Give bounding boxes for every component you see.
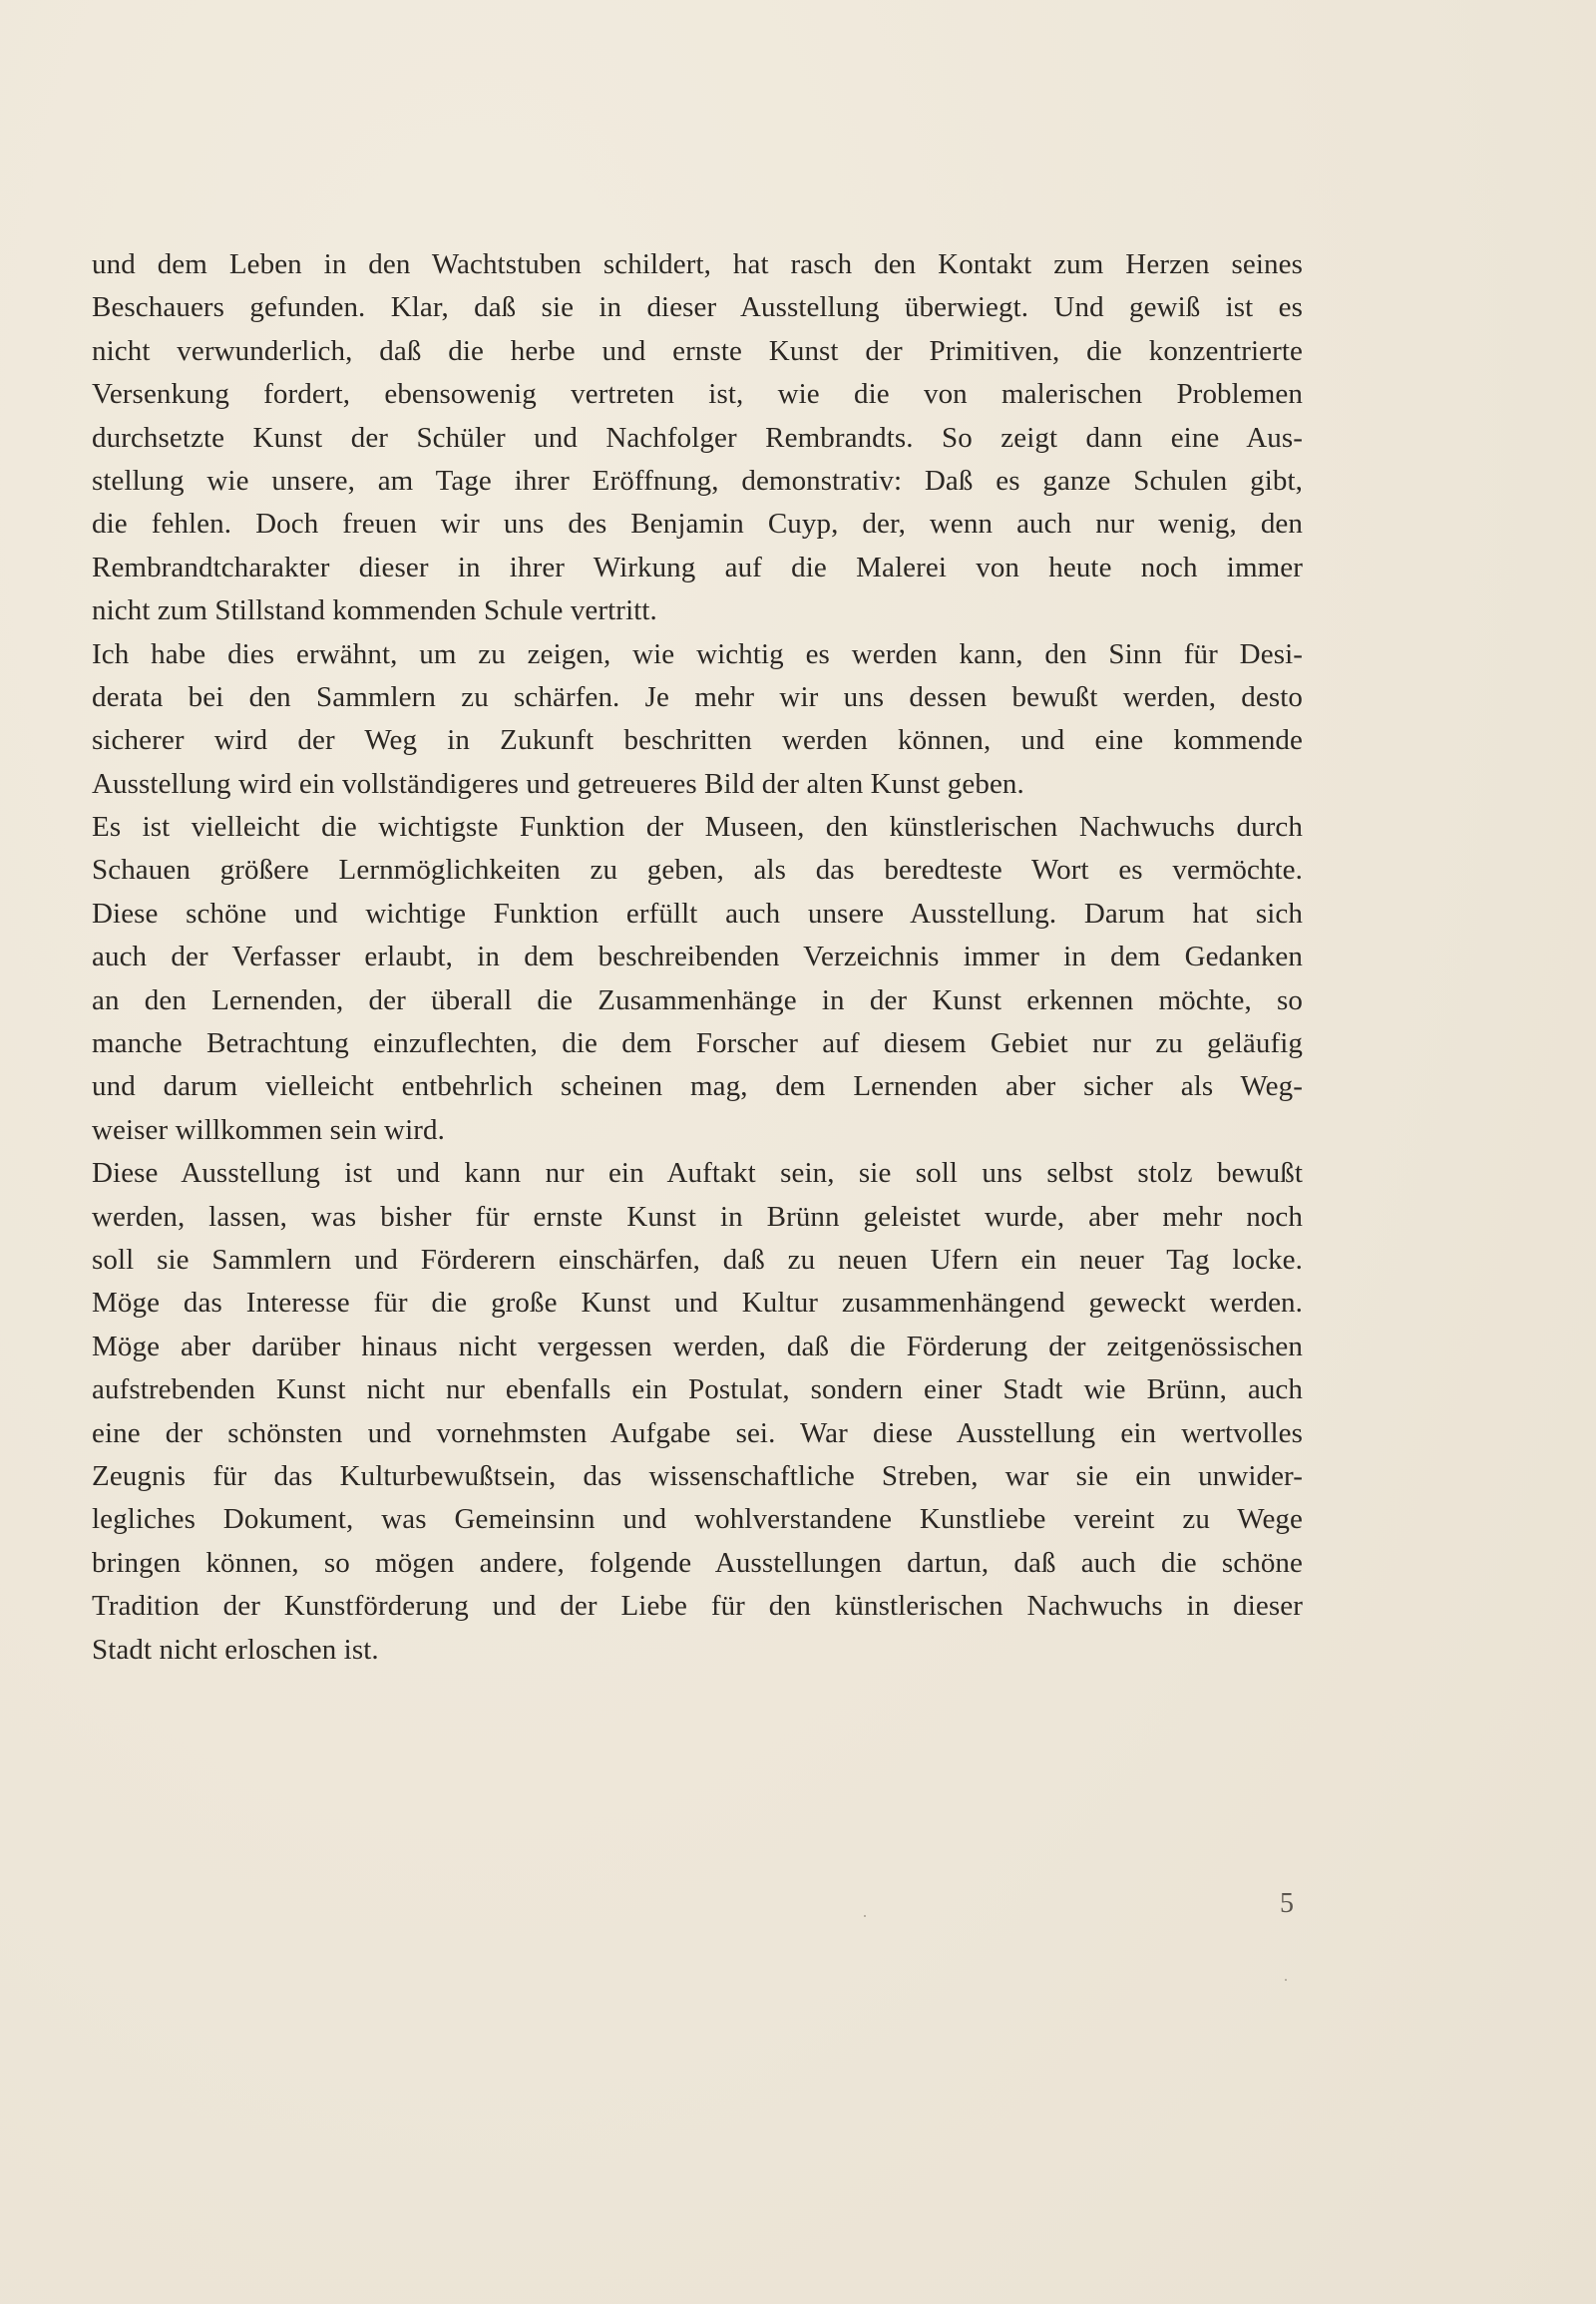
text-line: Möge aber darüber hinaus nicht vergessen…: [92, 1326, 1303, 1368]
text-line: stellung wie unsere, am Tage ihrer Eröff…: [92, 460, 1303, 503]
text-line: weiser willkommen sein wird.: [92, 1109, 1303, 1152]
text-line: Möge das Interesse für die große Kunst u…: [92, 1282, 1303, 1325]
text-line: Diese schöne und wichtige Funktion erfül…: [92, 893, 1303, 936]
paragraph-1: und dem Leben in den Wachtstuben schilde…: [92, 243, 1303, 633]
text-line: die fehlen. Doch freuen wir uns des Benj…: [92, 503, 1303, 546]
text-line: auch der Verfasser erlaubt, in dem besch…: [92, 936, 1303, 978]
paper-speck: [864, 1915, 866, 1917]
text-line: bringen können, so mögen andere, folgend…: [92, 1542, 1303, 1585]
text-line: Es ist vielleicht die wichtigste Funktio…: [92, 806, 1303, 849]
text-line: soll sie Sammlern und Förderern einschär…: [92, 1239, 1303, 1282]
text-line: Ich habe dies erwähnt, um zu zeigen, wie…: [92, 633, 1303, 676]
body-text: und dem Leben in den Wachtstuben schilde…: [92, 243, 1303, 1672]
page-number: 5: [1280, 1888, 1294, 1920]
text-line: nicht zum Stillstand kommenden Schule ve…: [92, 589, 1303, 632]
text-line: und darum vielleicht entbehrlich scheine…: [92, 1065, 1303, 1108]
text-line: Stadt nicht erloschen ist.: [92, 1629, 1303, 1672]
text-line: Rembrandtcharakter dieser in ihrer Wirku…: [92, 547, 1303, 589]
text-line: Diese Ausstellung ist und kann nur ein A…: [92, 1152, 1303, 1195]
paragraph-3: Es ist vielleicht die wichtigste Funktio…: [92, 806, 1303, 1152]
text-line: Versenkung fordert, ebensowenig vertrete…: [92, 373, 1303, 416]
paragraph-4: Diese Ausstellung ist und kann nur ein A…: [92, 1152, 1303, 1672]
text-line: eine der schönsten und vornehmsten Aufga…: [92, 1412, 1303, 1455]
text-line: legliches Dokument, was Gemeinsinn und w…: [92, 1498, 1303, 1541]
text-line: Schauen größere Lernmöglichkeiten zu geb…: [92, 849, 1303, 892]
text-line: derata bei den Sammlern zu schärfen. Je …: [92, 676, 1303, 719]
text-line: sicherer wird der Weg in Zukunft beschri…: [92, 719, 1303, 762]
text-line: an den Lernenden, der überall die Zusamm…: [92, 979, 1303, 1022]
text-line: Tradition der Kunstförderung und der Lie…: [92, 1585, 1303, 1628]
text-line: nicht verwunderlich, daß die herbe und e…: [92, 330, 1303, 373]
text-line: manche Betrachtung einzuflechten, die de…: [92, 1022, 1303, 1065]
paper-speck: [1285, 1979, 1287, 1981]
text-line: Ausstellung wird ein vollständigeres und…: [92, 763, 1303, 806]
text-line: aufstrebenden Kunst nicht nur ebenfalls …: [92, 1368, 1303, 1411]
text-line: Beschauers gefunden. Klar, daß sie in di…: [92, 286, 1303, 329]
text-line: werden, lassen, was bisher für ernste Ku…: [92, 1196, 1303, 1239]
text-line: und dem Leben in den Wachtstuben schilde…: [92, 243, 1303, 286]
paragraph-2: Ich habe dies erwähnt, um zu zeigen, wie…: [92, 633, 1303, 807]
text-line: Zeugnis für das Kulturbewußtsein, das wi…: [92, 1455, 1303, 1498]
text-line: durchsetzte Kunst der Schüler und Nachfo…: [92, 417, 1303, 460]
